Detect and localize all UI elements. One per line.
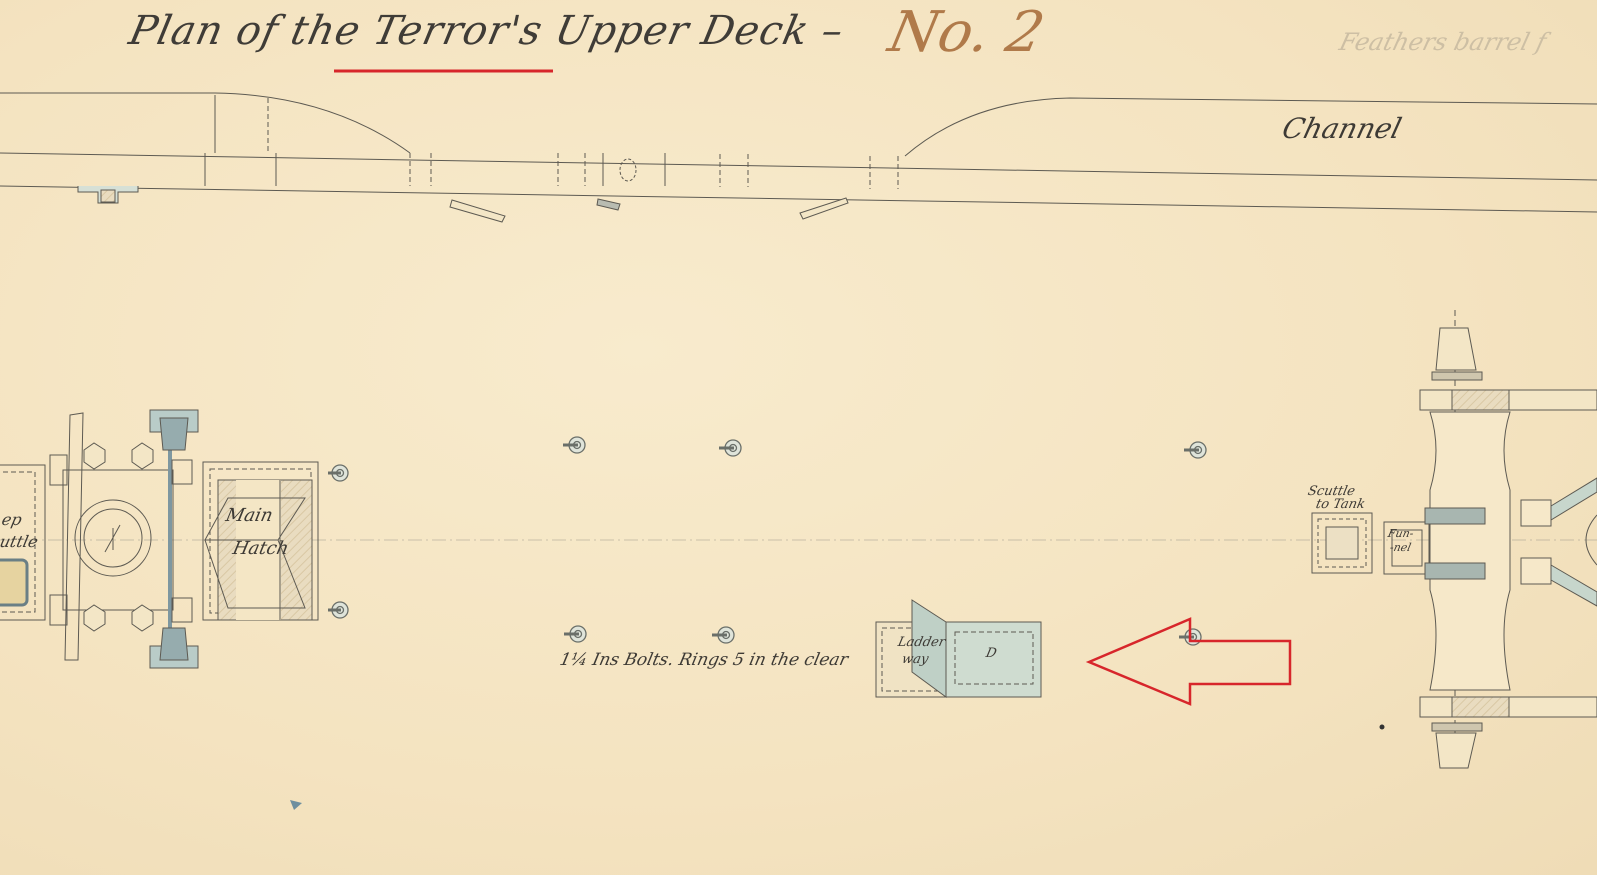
deck-plan-drawing (0, 0, 1597, 875)
capstan-left (50, 410, 198, 668)
main-hatch-label-1: Main (224, 505, 275, 526)
ring-bolt (1184, 442, 1206, 458)
ring-bolt (712, 627, 734, 643)
ladder-way-label-2: way (900, 652, 929, 667)
bolts-note: 1¼ Ins Bolts. Rings 5 in the clear (558, 650, 850, 670)
ring-bolt (328, 465, 348, 481)
ring-bolt (564, 626, 586, 642)
main-hatch-label-2: Hatch (231, 538, 291, 559)
bulwark-rail (0, 93, 1597, 212)
ring-bolts (328, 437, 1206, 645)
ring-bolt (719, 440, 741, 456)
scuttle-label-2: to Tank (1314, 497, 1366, 512)
pump-label-partial-2: uttle (0, 532, 40, 551)
funnel-label-1: Fun- (1387, 527, 1415, 540)
ladder-way-label-1: Ladder (896, 635, 946, 650)
funnel-label-2: -nel (1389, 541, 1413, 554)
ring-bolt (328, 602, 348, 618)
red-arrow-annotation (1089, 619, 1290, 704)
ring-bolt (563, 437, 585, 453)
pump-label-partial-1: ep (0, 510, 24, 529)
